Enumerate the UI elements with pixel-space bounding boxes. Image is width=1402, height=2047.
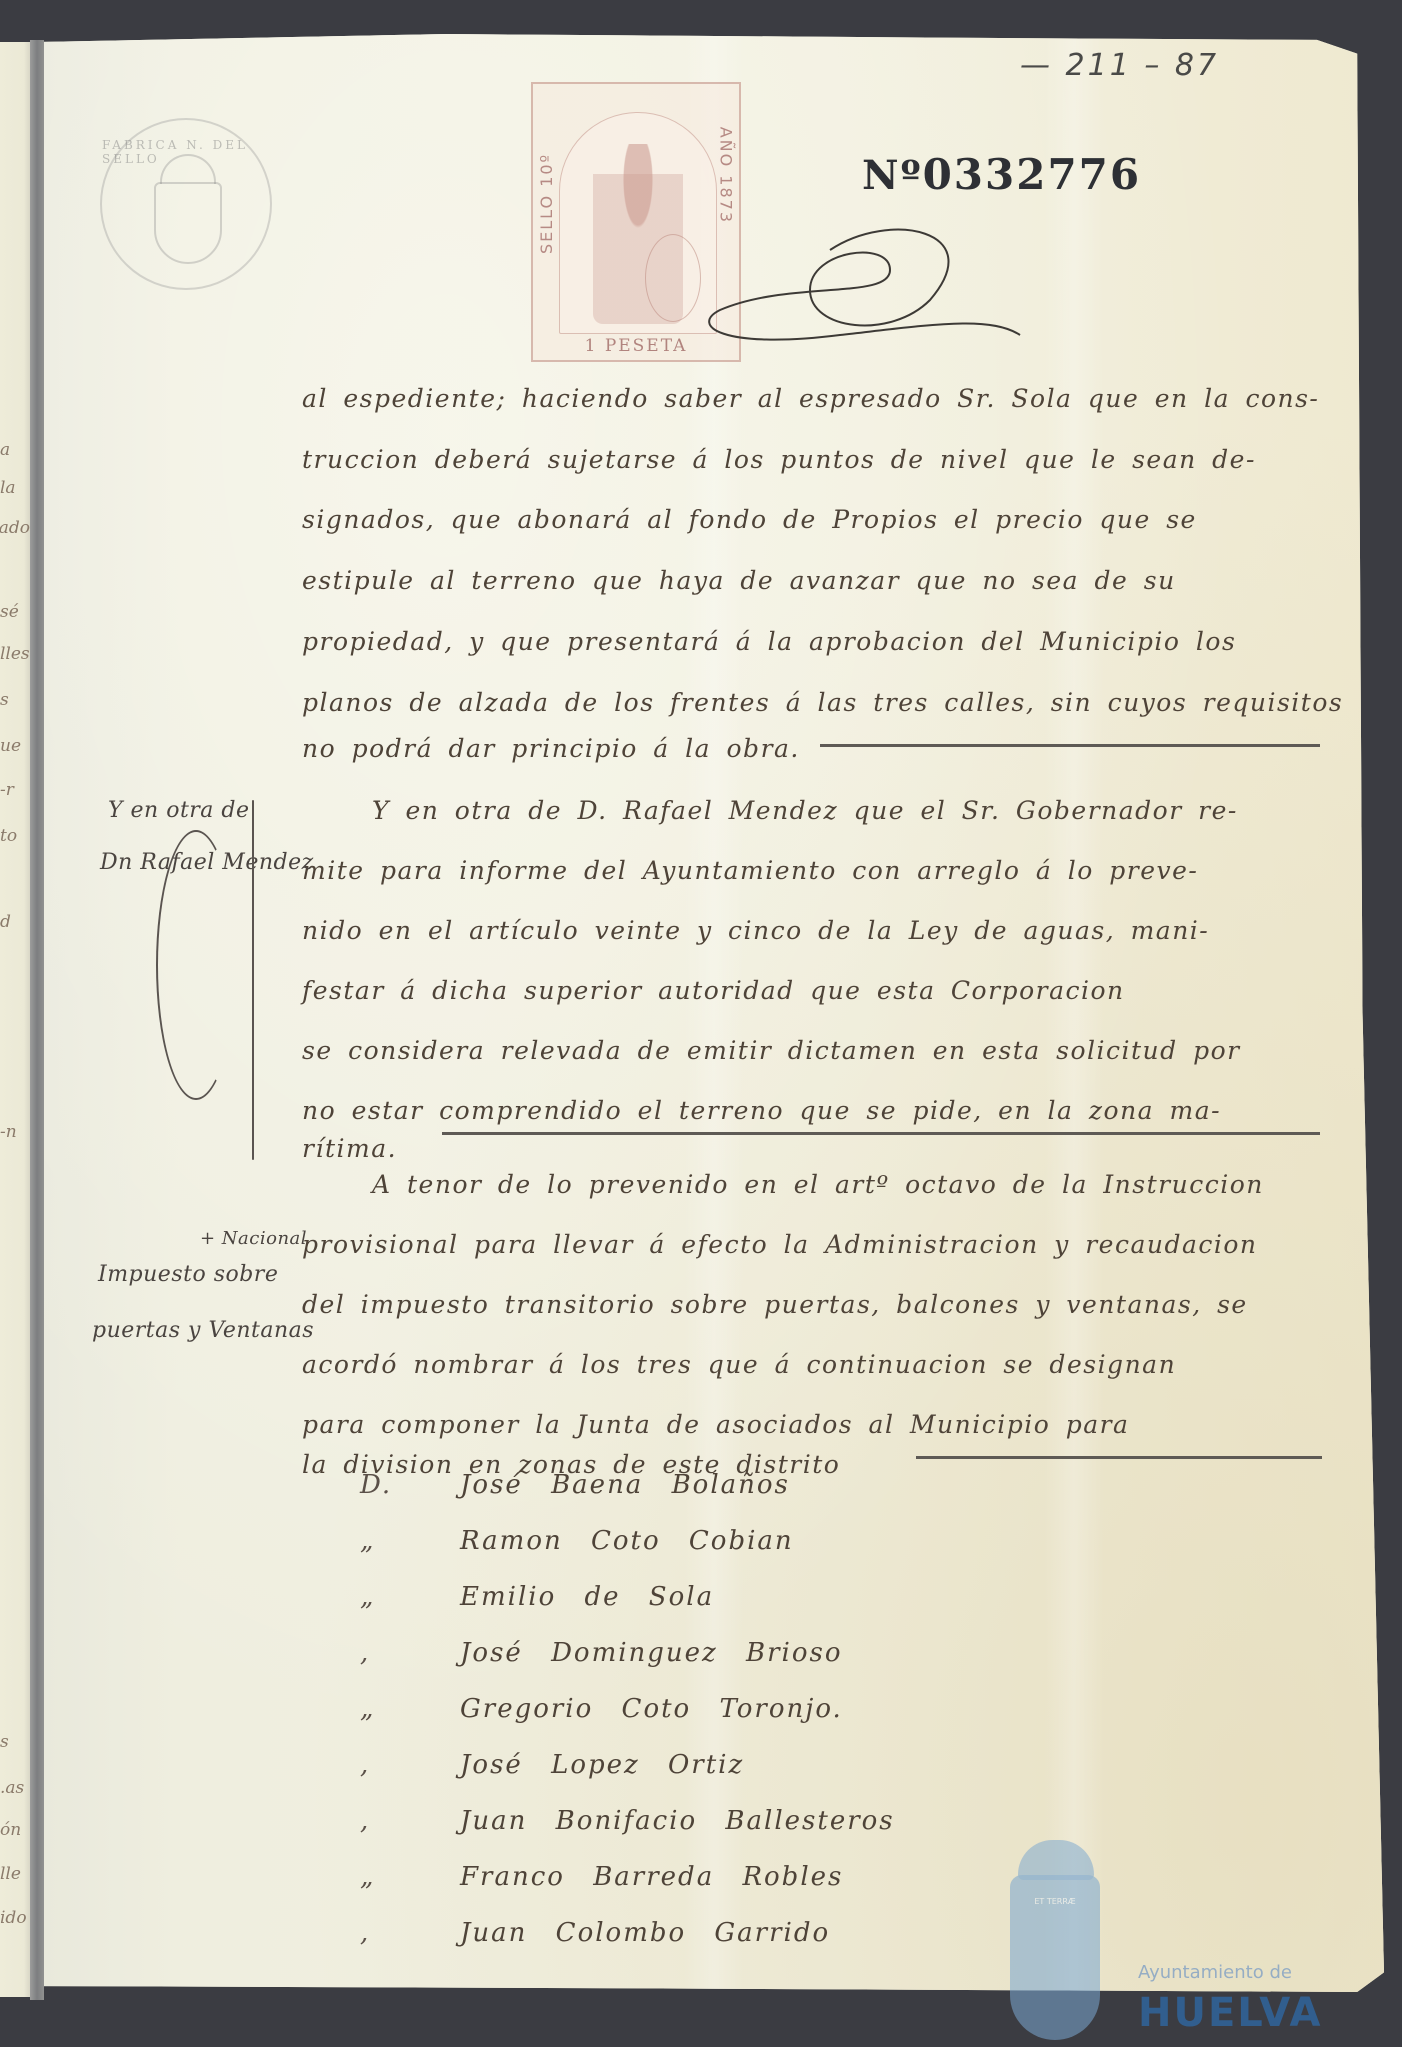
previous-page-edge: a la ado sé lles s ue r- to d n- s as. ó… (0, 42, 30, 1997)
person-name: José Baena Bolaños (460, 1470, 790, 1500)
body-line: no podrá dar principio á la obra. (302, 734, 800, 763)
shield-icon (154, 182, 222, 264)
fragment: lle (0, 1864, 30, 1884)
serial-value: 0332776 (923, 150, 1142, 199)
line-end-rule (820, 744, 1320, 747)
body-line: al espediente; haciendo saber al espresa… (302, 384, 1322, 413)
fragment: ido (0, 1908, 30, 1928)
fragment: to (0, 826, 30, 846)
fragment: a (0, 440, 30, 460)
person-name: Juan Bonifacio Ballesteros (460, 1806, 895, 1836)
paper-fold (1044, 34, 1104, 1992)
coat-of-arms-icon: ET TERRÆ (1010, 1875, 1100, 2040)
name-prefix: „ (360, 1582, 410, 1612)
body-line: festar á dicha superior autoridad que es… (302, 976, 1322, 1005)
name-prefix: „ (360, 1862, 410, 1892)
name-prefix: „ (360, 1526, 410, 1556)
body-line: truccion deberá sujetarse á los puntos d… (302, 445, 1322, 474)
margin-stroke (252, 800, 254, 1160)
body-line: mite para informe del Ayuntamiento con a… (302, 856, 1322, 885)
person-name: José Dominguez Brioso (460, 1638, 843, 1668)
serial-prefix: Nº (862, 152, 923, 199)
margin-note-line: + Nacional (200, 1228, 307, 1249)
body-line: acordó nombrar á los tres que á continua… (302, 1350, 1322, 1379)
fragment: r- (0, 780, 30, 800)
name-prefix: , (360, 1918, 410, 1948)
fragment: d (0, 912, 30, 932)
body-line: para componer la Junta de asociados al M… (302, 1410, 1322, 1439)
fragment: ue (0, 736, 30, 756)
fragment: ado (0, 518, 30, 538)
margin-note-line: Y en otra de (108, 798, 250, 823)
body-line: signados, que abonará al fondo de Propio… (302, 505, 1322, 534)
body-line: del impuesto transitorio sobre puertas, … (302, 1290, 1322, 1319)
crown-icon (1018, 1840, 1094, 1880)
embossed-seal-icon: FABRICA N. DEL SELLO (100, 118, 272, 290)
body-line: se considera relevada de emitir dictamen… (302, 1036, 1322, 1065)
fragment: s (0, 1732, 30, 1752)
fragment: ón (0, 1820, 30, 1840)
body-line: propiedad, y que presentará á la aprobac… (302, 627, 1322, 656)
body-line: provisional para llevar á efecto la Admi… (302, 1230, 1322, 1259)
body-line: A tenor de lo prevenido en el artº octav… (372, 1170, 1392, 1199)
serial-number: Nº0332776 (862, 150, 1141, 199)
body-line: Y en otra de D. Rafael Mendez que el Sr.… (372, 796, 1392, 825)
person-name: Juan Colombo Garrido (460, 1918, 830, 1948)
margin-note-line: Impuesto sobre (98, 1262, 278, 1287)
body-line: planos de alzada de los frentes á las tr… (302, 688, 1322, 717)
name-prefix: „ (360, 1694, 410, 1724)
fragment: as. (0, 1778, 30, 1798)
fragment: n- (0, 1122, 30, 1142)
fragment: lles (0, 644, 30, 664)
huelva-watermark: ET TERRÆ Ayuntamiento de HUELVA (990, 1840, 1390, 2040)
body-line: rítima. (302, 1134, 397, 1163)
body-line: no estar comprendido el terreno que se p… (302, 1096, 1322, 1125)
crest-motto: ET TERRÆ (1010, 1897, 1100, 1906)
name-prefix: , (360, 1806, 410, 1836)
margin-bracket (156, 830, 236, 1100)
name-prefix: , (360, 1750, 410, 1780)
watermark-line2: HUELVA (1138, 1990, 1322, 2036)
person-name: José Lopez Ortiz (460, 1750, 744, 1780)
body-line: nido en el artículo veinte y cinco de la… (302, 916, 1322, 945)
fragment: la (0, 478, 30, 498)
name-prefix: , (360, 1638, 410, 1668)
body-line: estipule al terreno que haya de avanzar … (302, 566, 1322, 595)
person-name: Franco Barreda Robles (460, 1862, 843, 1892)
watermark-line1: Ayuntamiento de (1138, 1962, 1292, 1983)
fragment: sé (0, 602, 30, 622)
person-name: Gregorio Coto Toronjo. (460, 1694, 843, 1724)
person-name: Ramon Coto Cobian (460, 1526, 794, 1556)
line-end-rule (442, 1132, 1320, 1135)
signature-flourish-icon (690, 210, 1030, 350)
person-name: Emilio de Sola (460, 1582, 714, 1612)
fragment: s (0, 690, 30, 710)
book-gutter (30, 40, 44, 2000)
margin-note-line: puertas y Ventanas (92, 1318, 314, 1343)
name-prefix: D. (360, 1470, 410, 1500)
archive-reference: — 211 – 87 (1020, 48, 1219, 83)
line-end-rule (916, 1456, 1322, 1459)
stamp-left-text: SELLO 10º (537, 153, 556, 254)
